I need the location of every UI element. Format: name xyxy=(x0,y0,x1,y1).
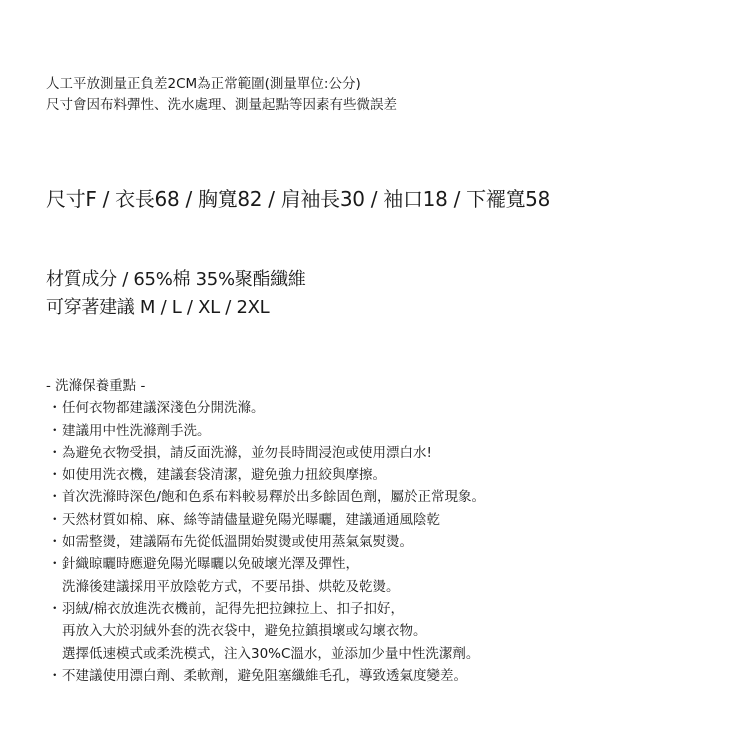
care-item: ・如需整燙，建議隔布先從低溫開始熨燙或使用蒸氣氣熨燙。 xyxy=(46,531,485,553)
measurement-note: 尺寸會因布料彈性、洗水處理、測量起點等因素有些微誤差 xyxy=(46,95,397,116)
care-item-text: 任何衣物都建議深淺色分開洗滌。 xyxy=(62,400,265,416)
care-item-text: 如需整燙，建議隔布先從低溫開始熨燙或使用蒸氣氣熨燙。 xyxy=(62,534,413,550)
care-item-text: 為避免衣物受損，請反面洗滌，並勿長時間浸泡或使用漂白水! xyxy=(62,445,432,461)
care-item-continuation: 選擇低速模式或柔洗模式，注入30%C溫水，並添加少量中性洗潔劑。 xyxy=(46,643,485,665)
size-spec: 尺寸F / 衣長68 / 胸寬82 / 肩袖長30 / 袖口18 / 下襬寬58 xyxy=(46,184,550,214)
measurement-note: 人工平放測量正負差2CM為正常範圍(測量單位:公分) xyxy=(46,74,397,95)
bullet-dot-icon: ・ xyxy=(46,665,62,687)
measurement-notes: 人工平放測量正負差2CM為正常範圍(測量單位:公分) 尺寸會因布料彈性、洗水處理… xyxy=(46,74,397,116)
bullet-dot-icon: ・ xyxy=(46,420,62,442)
care-item: ・為避免衣物受損，請反面洗滌，並勿長時間浸泡或使用漂白水! xyxy=(46,442,485,464)
care-item-text: 羽絨/棉衣放進洗衣機前，記得先把拉鍊拉上、扣子扣好， xyxy=(62,601,404,617)
material-section: 材質成分 / 65%棉 35%聚酯纖維 可穿著建議 M / L / XL / 2… xyxy=(46,266,306,322)
care-item: ・首次洗滌時深色/飽和色系布料較易釋於出多餘固色劑，屬於正常現象。 xyxy=(46,486,485,508)
care-item: ・羽絨/棉衣放進洗衣機前，記得先把拉鍊拉上、扣子扣好， 再放入大於羽絨外套的洗衣… xyxy=(46,598,485,665)
care-title: - 洗滌保養重點 - xyxy=(46,375,485,397)
care-instructions: - 洗滌保養重點 - ・任何衣物都建議深淺色分開洗滌。 ・建議用中性洗滌劑手洗。… xyxy=(46,375,485,687)
recommended-sizes: 可穿著建議 M / L / XL / 2XL xyxy=(46,294,306,322)
care-item-text: 針織晾曬時應避免陽光曝曬以免破壞光澤及彈性， xyxy=(62,556,359,572)
bullet-dot-icon: ・ xyxy=(46,397,62,419)
care-item: ・不建議使用漂白劑、柔軟劑，避免阻塞纖維毛孔，導致透氣度變差。 xyxy=(46,665,485,687)
bullet-dot-icon: ・ xyxy=(46,553,62,575)
bullet-dot-icon: ・ xyxy=(46,486,62,508)
bullet-dot-icon: ・ xyxy=(46,442,62,464)
care-item: ・任何衣物都建議深淺色分開洗滌。 xyxy=(46,397,485,419)
care-item-text: 首次洗滌時深色/飽和色系布料較易釋於出多餘固色劑，屬於正常現象。 xyxy=(62,489,485,505)
material-composition: 材質成分 / 65%棉 35%聚酯纖維 xyxy=(46,266,306,294)
care-item-text: 建議用中性洗滌劑手洗。 xyxy=(62,423,211,439)
care-item-continuation: 洗滌後建議採用平放陰乾方式，不要吊掛、烘乾及乾燙。 xyxy=(46,576,485,598)
care-item: ・針織晾曬時應避免陽光曝曬以免破壞光澤及彈性， 洗滌後建議採用平放陰乾方式，不要… xyxy=(46,553,485,598)
bullet-dot-icon: ・ xyxy=(46,598,62,620)
care-item: ・建議用中性洗滌劑手洗。 xyxy=(46,420,485,442)
bullet-dot-icon: ・ xyxy=(46,509,62,531)
care-item-text: 如使用洗衣機，建議套袋清潔，避免強力扭絞與摩擦。 xyxy=(62,467,386,483)
bullet-dot-icon: ・ xyxy=(46,531,62,553)
bullet-dot-icon: ・ xyxy=(46,464,62,486)
care-item-continuation: 再放入大於羽絨外套的洗衣袋中，避免拉鎮損壞或勾壞衣物。 xyxy=(46,620,485,642)
care-item: ・如使用洗衣機，建議套袋清潔，避免強力扭絞與摩擦。 xyxy=(46,464,485,486)
care-item: ・天然材質如棉、麻、絲等請儘量避免陽光曝曬，建議通通風陰乾 xyxy=(46,509,485,531)
care-item-text: 不建議使用漂白劑、柔軟劑，避免阻塞纖維毛孔，導致透氣度變差。 xyxy=(62,668,467,684)
care-item-text: 天然材質如棉、麻、絲等請儘量避免陽光曝曬，建議通通風陰乾 xyxy=(62,512,440,528)
